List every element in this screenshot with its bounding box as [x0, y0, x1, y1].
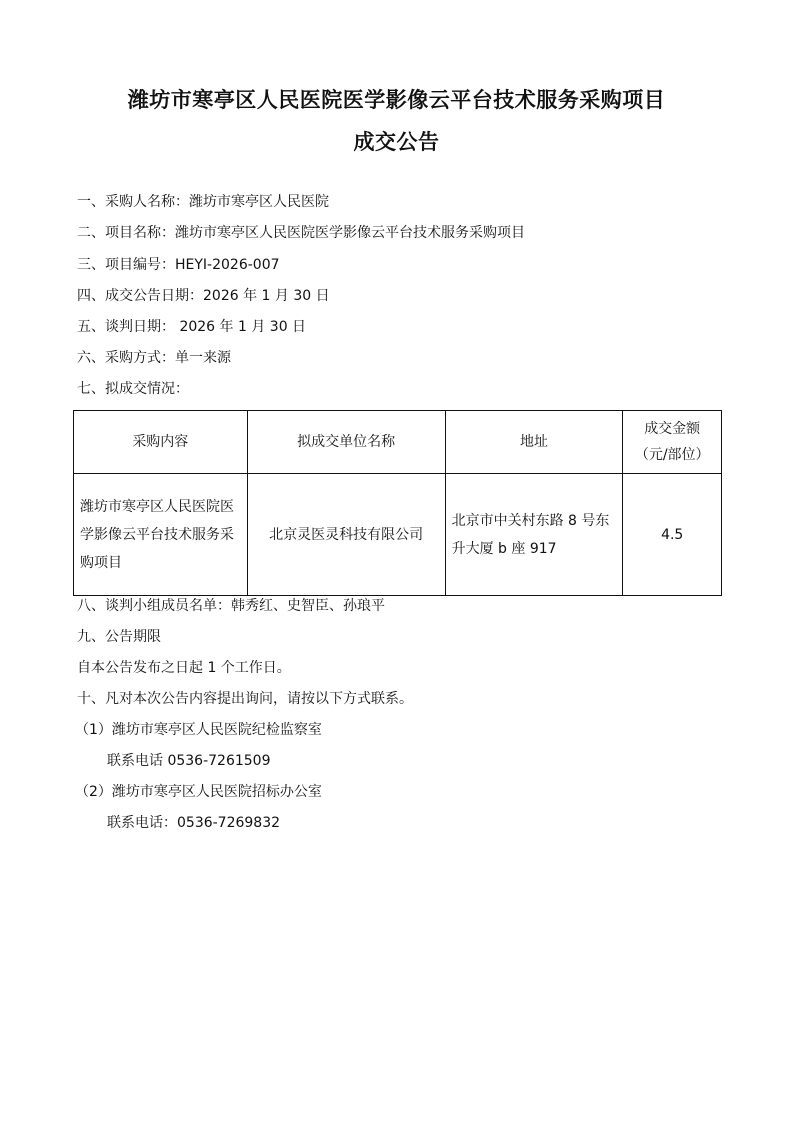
period-heading: 九、公告期限: [77, 627, 161, 647]
panel-members-line: 八、谈判小组成员名单：韩秀红、史智臣、孙琅平: [77, 596, 385, 616]
period-text: 自本公告发布之日起 1 个工作日。: [77, 658, 291, 678]
contact-2-name: （2）潍坊市寒亭区人民医院招标办公室: [75, 782, 322, 802]
contact-2-phone: 联系电话：0536-7269832: [107, 813, 280, 833]
contact-1-phone: 联系电话 0536-7261509: [107, 751, 270, 771]
header-content: 采购内容: [74, 411, 248, 474]
header-address: 地址: [445, 411, 623, 474]
negotiation-date-line: 五、谈判日期： 2026 年 1 月 30 日: [77, 317, 306, 337]
cell-supplier: 北京灵医灵科技有限公司: [247, 474, 445, 596]
cell-content: 潍坊市寒亭区人民医院医学影像云平台技术服务采购项目: [74, 474, 248, 596]
contact-1-name: （1）潍坊市寒亭区人民医院纪检监察室: [75, 720, 322, 740]
announcement-date-line: 四、成交公告日期：2026 年 1 月 30 日: [77, 286, 330, 306]
cell-amount: 4.5: [623, 474, 722, 596]
inquiry-heading: 十、凡对本次公告内容提出询问，请按以下方式联系。: [77, 689, 413, 709]
table-row: 潍坊市寒亭区人民医院医学影像云平台技术服务采购项目 北京灵医灵科技有限公司 北京…: [74, 474, 722, 596]
purchaser-name-line: 一、采购人名称：潍坊市寒亭区人民医院: [77, 192, 329, 212]
header-supplier: 拟成交单位名称: [247, 411, 445, 474]
project-name-line: 二、项目名称：潍坊市寒亭区人民医院医学影像云平台技术服务采购项目: [77, 223, 525, 243]
document-title: 潍坊市寒亭区人民医院医学影像云平台技术服务采购项目: [0, 84, 793, 114]
table-header-row: 采购内容 拟成交单位名称 地址 成交金额（元/部位）: [74, 411, 722, 474]
award-table: 采购内容 拟成交单位名称 地址 成交金额（元/部位） 潍坊市寒亭区人民医院医学影…: [73, 410, 722, 596]
header-amount: 成交金额（元/部位）: [623, 411, 722, 474]
project-number-line: 三、项目编号：HEYI-2026-007: [77, 255, 280, 275]
document-subtitle: 成交公告: [0, 126, 793, 156]
cell-address: 北京市中关村东路 8 号东升大厦 b 座 917: [445, 474, 623, 596]
procurement-method-line: 六、采购方式：单一来源: [77, 348, 231, 368]
award-status-heading: 七、拟成交情况：: [77, 379, 189, 399]
